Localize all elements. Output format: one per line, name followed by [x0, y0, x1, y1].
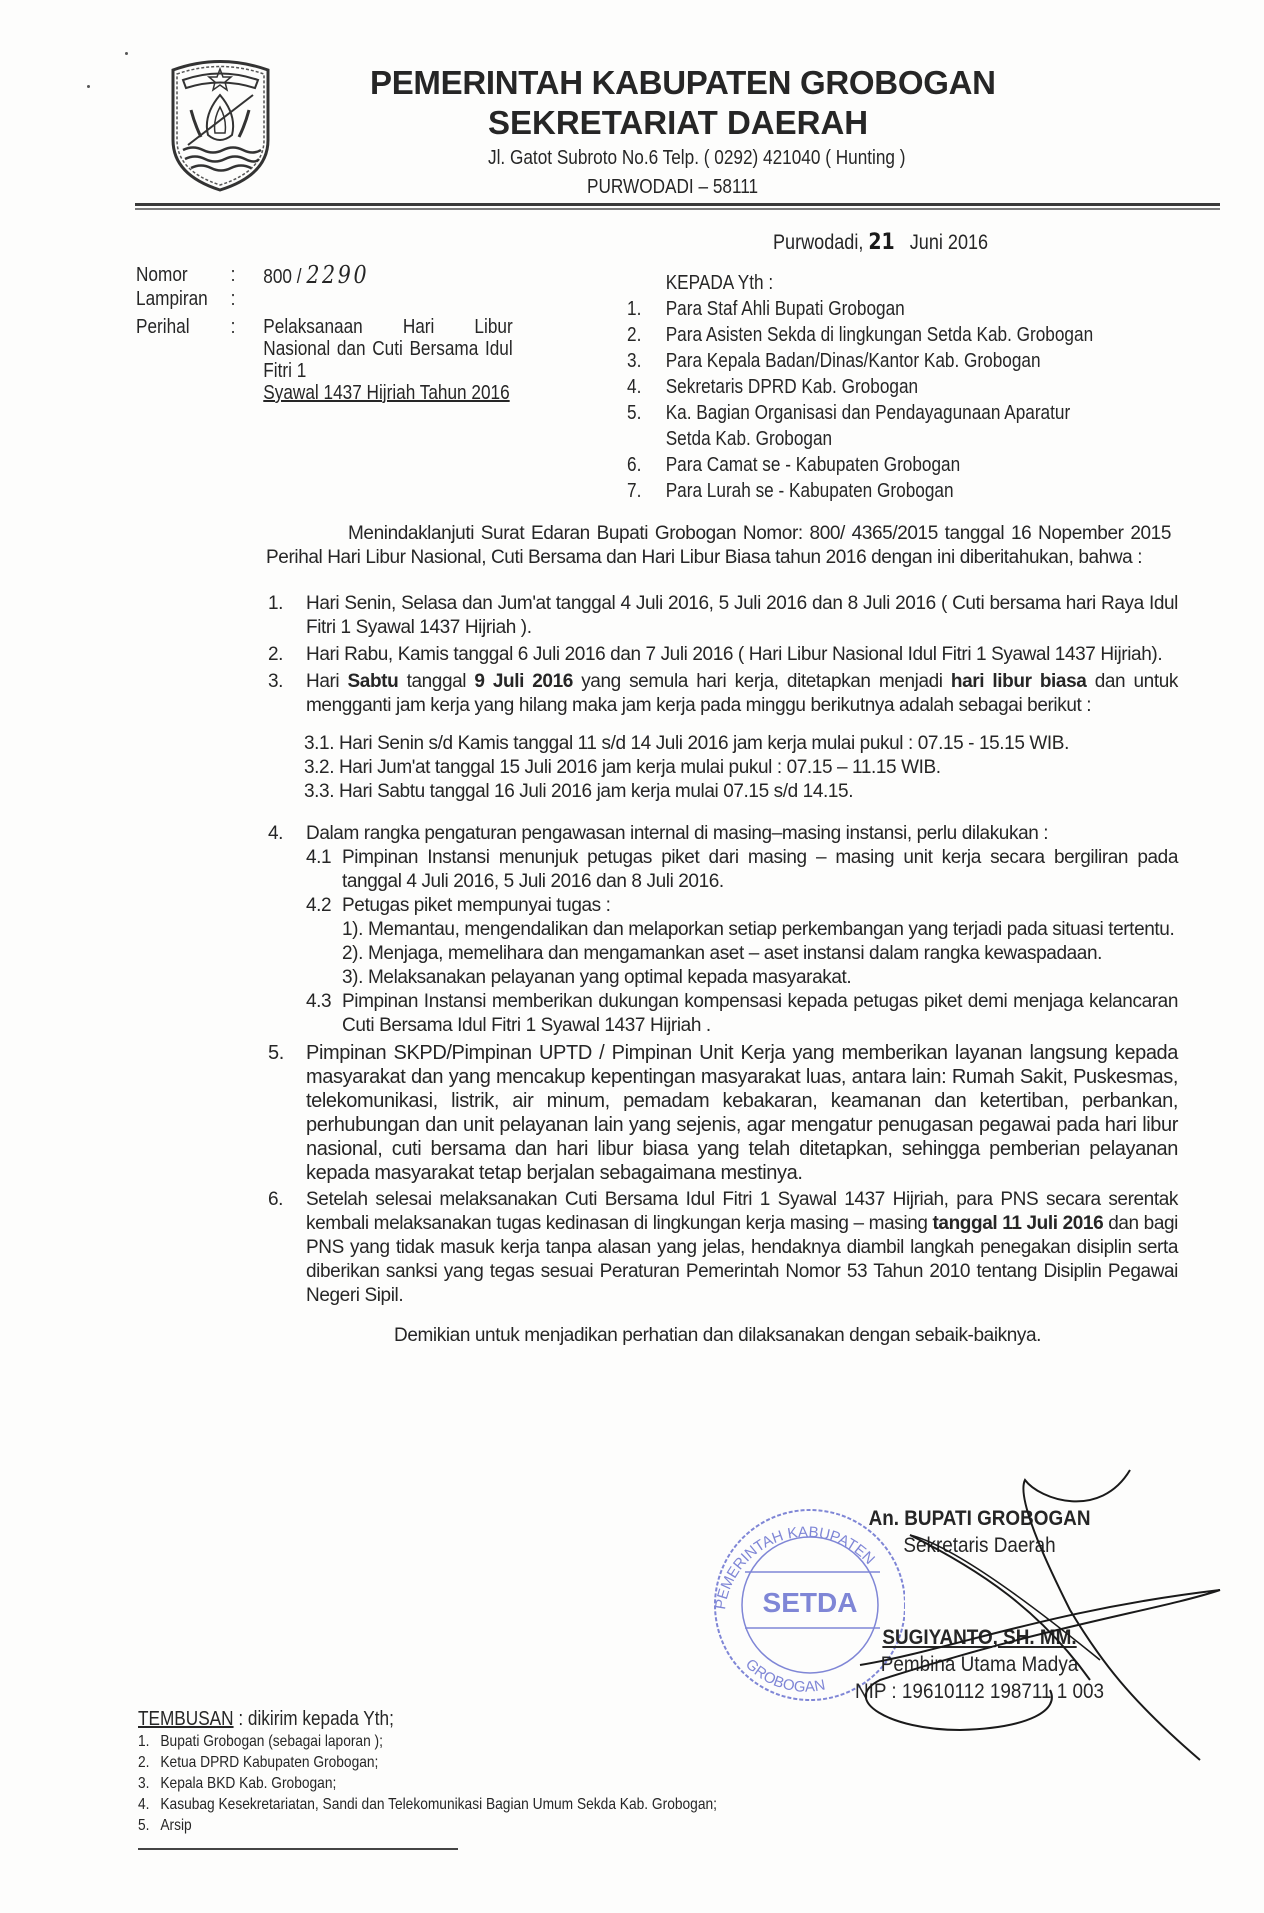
- body-item-2: 2. Hari Rabu, Kamis tanggal 6 Juli 2016 …: [268, 643, 1178, 667]
- task-number: 3).: [342, 966, 368, 990]
- recipient-text: Para Staf Ahli Bupati Grobogan: [666, 296, 1096, 322]
- letterhead-city: PURWODADI – 58111: [587, 176, 758, 199]
- piket-tasks: 1).Memantau, mengendalikan dan melaporka…: [342, 918, 1178, 990]
- tembusan-number: 3.: [138, 1773, 160, 1794]
- task-text: Memantau, mengendalikan dan melaporkan s…: [368, 918, 1178, 942]
- recipient-text: Para Lurah se - Kabupaten Grobogan: [666, 478, 1096, 504]
- item-text-bold: hari libur biasa: [951, 671, 1087, 692]
- tembusan-heading: TEMBUSAN : dikirim kepada Yth;: [138, 1708, 717, 1731]
- letter-meta: Nomor : 800 / 2290 Lampiran : Perihal : …: [136, 264, 521, 404]
- recipient-item: 3.Para Kepala Badan/Dinas/Kantor Kab. Gr…: [627, 348, 1096, 374]
- closing-sentence: Demikian untuk menjadikan perhatian dan …: [394, 1324, 1178, 1348]
- tembusan-item: 5.Arsip: [138, 1815, 717, 1836]
- sub-number: 4.2: [306, 894, 336, 918]
- item-text: Hari Sabtu tanggal 9 Juli 2016 yang semu…: [306, 670, 1178, 718]
- recipient-item: 1.Para Staf Ahli Bupati Grobogan: [627, 296, 1096, 322]
- tembusan-number: 1.: [138, 1731, 160, 1752]
- recipient-item: 4.Sekretaris DPRD Kab. Grobogan: [627, 374, 1096, 400]
- tembusan-text: Kepala BKD Kab. Grobogan;: [160, 1775, 336, 1792]
- perihal-text: Pelaksanaan Hari Libur Nasional dan Cuti…: [263, 316, 512, 382]
- tembusan-item: 1.Bupati Grobogan (sebagai laporan );: [138, 1731, 717, 1752]
- sub-text: Petugas piket mempunyai tugas :: [336, 894, 1178, 918]
- recipient-number: 5.: [627, 400, 666, 452]
- nomor-handwritten: 2290: [306, 261, 369, 289]
- lampiran-value: [263, 288, 521, 310]
- item-text-part: Dalam rangka pengaturan pengawasan inter…: [306, 823, 1048, 844]
- tembusan-item: 2.Ketua DPRD Kabupaten Grobogan;: [138, 1752, 717, 1773]
- sub-text: Pimpinan Instansi menunjuk petugas piket…: [336, 846, 1178, 894]
- scan-speck: [87, 85, 90, 88]
- recipients: KEPADA Yth : 1.Para Staf Ahli Bupati Gro…: [627, 270, 1096, 504]
- item-text-bold: 9 Juli 2016: [474, 671, 573, 692]
- body-item-1: 1. Hari Senin, Selasa dan Jum'at tanggal…: [268, 592, 1178, 640]
- tembusan-item: 3.Kepala BKD Kab. Grobogan;: [138, 1773, 717, 1794]
- item-text-part: yang semula hari kerja, ditetapkan menja…: [573, 671, 951, 692]
- tembusan-text: Arsip: [160, 1817, 191, 1834]
- recipients-title: KEPADA Yth :: [627, 270, 1096, 296]
- task-item: 1).Memantau, mengendalikan dan melaporka…: [342, 918, 1178, 942]
- recipient-number: 1.: [627, 296, 666, 322]
- item-number: 4.: [268, 822, 306, 1038]
- recipient-text: Ka. Bagian Organisasi dan Pendayagunaan …: [666, 400, 1096, 452]
- tembusan-suffix: : dikirim kepada Yth;: [234, 1708, 394, 1730]
- task-text: Menjaga, memelihara dan mengamankan aset…: [368, 942, 1178, 966]
- recipient-item: 5.Ka. Bagian Organisasi dan Pendayagunaa…: [627, 400, 1096, 452]
- recipient-item: 2.Para Asisten Sekda di lingkungan Setda…: [627, 322, 1096, 348]
- item-number: 2.: [268, 643, 306, 667]
- recipients-list: 1.Para Staf Ahli Bupati Grobogan2.Para A…: [627, 296, 1096, 504]
- letterhead-office-name: SEKRETARIAT DAERAH: [488, 104, 868, 142]
- sub-item-4-1: 4.1Pimpinan Instansi menunjuk petugas pi…: [306, 846, 1178, 894]
- item3-schedule: 3.1. Hari Senin s/d Kamis tanggal 11 s/d…: [304, 732, 1178, 804]
- tembusan-underline: [138, 1848, 458, 1850]
- recipient-number: 4.: [627, 374, 666, 400]
- recipient-number: 2.: [627, 322, 666, 348]
- task-number: 2).: [342, 942, 368, 966]
- recipient-item: 6.Para Camat se - Kabupaten Grobogan: [627, 452, 1096, 478]
- task-number: 1).: [342, 918, 368, 942]
- item-text: Pimpinan SKPD/Pimpinan UPTD / Pimpinan U…: [306, 1041, 1178, 1185]
- letterhead-address: Jl. Gatot Subroto No.6 Telp. ( 0292) 421…: [488, 147, 906, 170]
- item-number: 1.: [268, 592, 306, 640]
- regency-coat-of-arms-icon: [163, 55, 278, 195]
- sub-text: Pimpinan Instansi memberikan dukungan ko…: [336, 990, 1178, 1038]
- date-month-year: Juni 2016: [910, 231, 988, 254]
- item-text-bold: tanggal 11 Juli 2016: [933, 1213, 1104, 1234]
- item-text-part: Hari: [306, 671, 348, 692]
- item-text: Dalam rangka pengaturan pengawasan inter…: [306, 822, 1178, 1038]
- recipient-text: Para Asisten Sekda di lingkungan Setda K…: [666, 322, 1096, 348]
- recipient-text: Sekretaris DPRD Kab. Grobogan: [666, 374, 1096, 400]
- item-text: Hari Rabu, Kamis tanggal 6 Juli 2016 dan…: [306, 643, 1178, 667]
- body-item-4: 4. Dalam rangka pengaturan pengawasan in…: [268, 822, 1178, 1038]
- body-item-5: 5. Pimpinan SKPD/Pimpinan UPTD / Pimpina…: [268, 1041, 1178, 1185]
- tembusan-text: Kasubag Kesekretariatan, Sandi dan Telek…: [160, 1796, 717, 1813]
- body-items: 1. Hari Senin, Selasa dan Jum'at tanggal…: [268, 592, 1178, 1348]
- tembusan-text: Bupati Grobogan (sebagai laporan );: [160, 1733, 383, 1750]
- tembusan-item: 4.Kasubag Kesekretariatan, Sandi dan Tel…: [138, 1794, 717, 1815]
- meta-nomor: Nomor : 800 / 2290: [136, 264, 521, 288]
- sub-item-4-3: 4.3Pimpinan Instansi memberikan dukungan…: [306, 990, 1178, 1038]
- item-number: 3.: [268, 670, 306, 718]
- tembusan-number: 4.: [138, 1794, 160, 1815]
- schedule-line: 3.2. Hari Jum'at tanggal 15 Juli 2016 ja…: [304, 756, 1178, 780]
- tembusan-number: 5.: [138, 1815, 160, 1836]
- perihal-value: Pelaksanaan Hari Libur Nasional dan Cuti…: [263, 316, 512, 404]
- item-text: Hari Senin, Selasa dan Jum'at tanggal 4 …: [306, 592, 1178, 640]
- tembusan-number: 2.: [138, 1752, 160, 1773]
- item-text-bold: Sabtu: [348, 671, 399, 692]
- letterhead-divider-thin: [135, 208, 1220, 210]
- tembusan-label: TEMBUSAN: [138, 1708, 234, 1730]
- tembusan-section: TEMBUSAN : dikirim kepada Yth; 1.Bupati …: [138, 1708, 717, 1836]
- colon: :: [231, 264, 264, 288]
- recipient-number: 6.: [627, 452, 666, 478]
- colon: :: [231, 288, 264, 310]
- recipient-number: 3.: [627, 348, 666, 374]
- meta-lampiran: Lampiran :: [136, 288, 521, 310]
- tembusan-text: Ketua DPRD Kabupaten Grobogan;: [160, 1754, 378, 1771]
- handwritten-signature-icon: [800, 1460, 1230, 1780]
- schedule-line: 3.3. Hari Sabtu tanggal 16 Juli 2016 jam…: [304, 780, 1178, 804]
- recipient-item: 7.Para Lurah se - Kabupaten Grobogan: [627, 478, 1096, 504]
- meta-perihal: Perihal : Pelaksanaan Hari Libur Nasiona…: [136, 316, 521, 404]
- body-item-3: 3. Hari Sabtu tanggal 9 Juli 2016 yang s…: [268, 670, 1178, 718]
- item-text: Setelah selesai melaksanakan Cuti Bersam…: [306, 1188, 1178, 1308]
- item-number: 5.: [268, 1041, 306, 1185]
- nomor-prefix: 800 /: [263, 266, 301, 288]
- perihal-text-underlined: Syawal 1437 Hijriah Tahun 2016: [263, 382, 509, 404]
- sub-item-4-2: 4.2Petugas piket mempunyai tugas :: [306, 894, 1178, 918]
- recipient-number: 7.: [627, 478, 666, 504]
- task-item: 2).Menjaga, memelihara dan mengamankan a…: [342, 942, 1178, 966]
- task-item: 3).Melaksanakan pelayanan yang optimal k…: [342, 966, 1178, 990]
- perihal-label: Perihal: [136, 316, 231, 404]
- letter-body: Menindaklanjuti Surat Edaran Bupati Grob…: [268, 522, 1264, 1348]
- nomor-label: Nomor: [136, 264, 231, 288]
- item-number: 6.: [268, 1188, 306, 1308]
- recipient-text: Para Kepala Badan/Dinas/Kantor Kab. Grob…: [666, 348, 1096, 374]
- sub-number: 4.3: [306, 990, 336, 1038]
- schedule-line: 3.1. Hari Senin s/d Kamis tanggal 11 s/d…: [304, 732, 1178, 756]
- letterhead-government-name: PEMERINTAH KABUPATEN GROBOGAN: [370, 64, 996, 102]
- tembusan-list: 1.Bupati Grobogan (sebagai laporan );2.K…: [138, 1731, 717, 1836]
- date-place: Purwodadi,: [773, 231, 863, 254]
- nomor-value: 800 / 2290: [263, 264, 521, 288]
- colon: :: [231, 316, 264, 404]
- letter-date: Purwodadi, 21 Juni 2016: [773, 230, 988, 255]
- recipient-text: Para Camat se - Kabupaten Grobogan: [666, 452, 1096, 478]
- item-text-part: tanggal: [398, 671, 474, 692]
- lampiran-label: Lampiran: [136, 288, 231, 310]
- sub-number: 4.1: [306, 846, 336, 894]
- date-day-handwritten: 21: [868, 230, 894, 255]
- body-item-6: 6. Setelah selesai melaksanakan Cuti Ber…: [268, 1188, 1178, 1308]
- scan-speck: [125, 52, 128, 55]
- letterhead-divider: [135, 203, 1220, 206]
- intro-paragraph: Menindaklanjuti Surat Edaran Bupati Grob…: [266, 522, 1171, 570]
- task-text: Melaksanakan pelayanan yang optimal kepa…: [368, 966, 1178, 990]
